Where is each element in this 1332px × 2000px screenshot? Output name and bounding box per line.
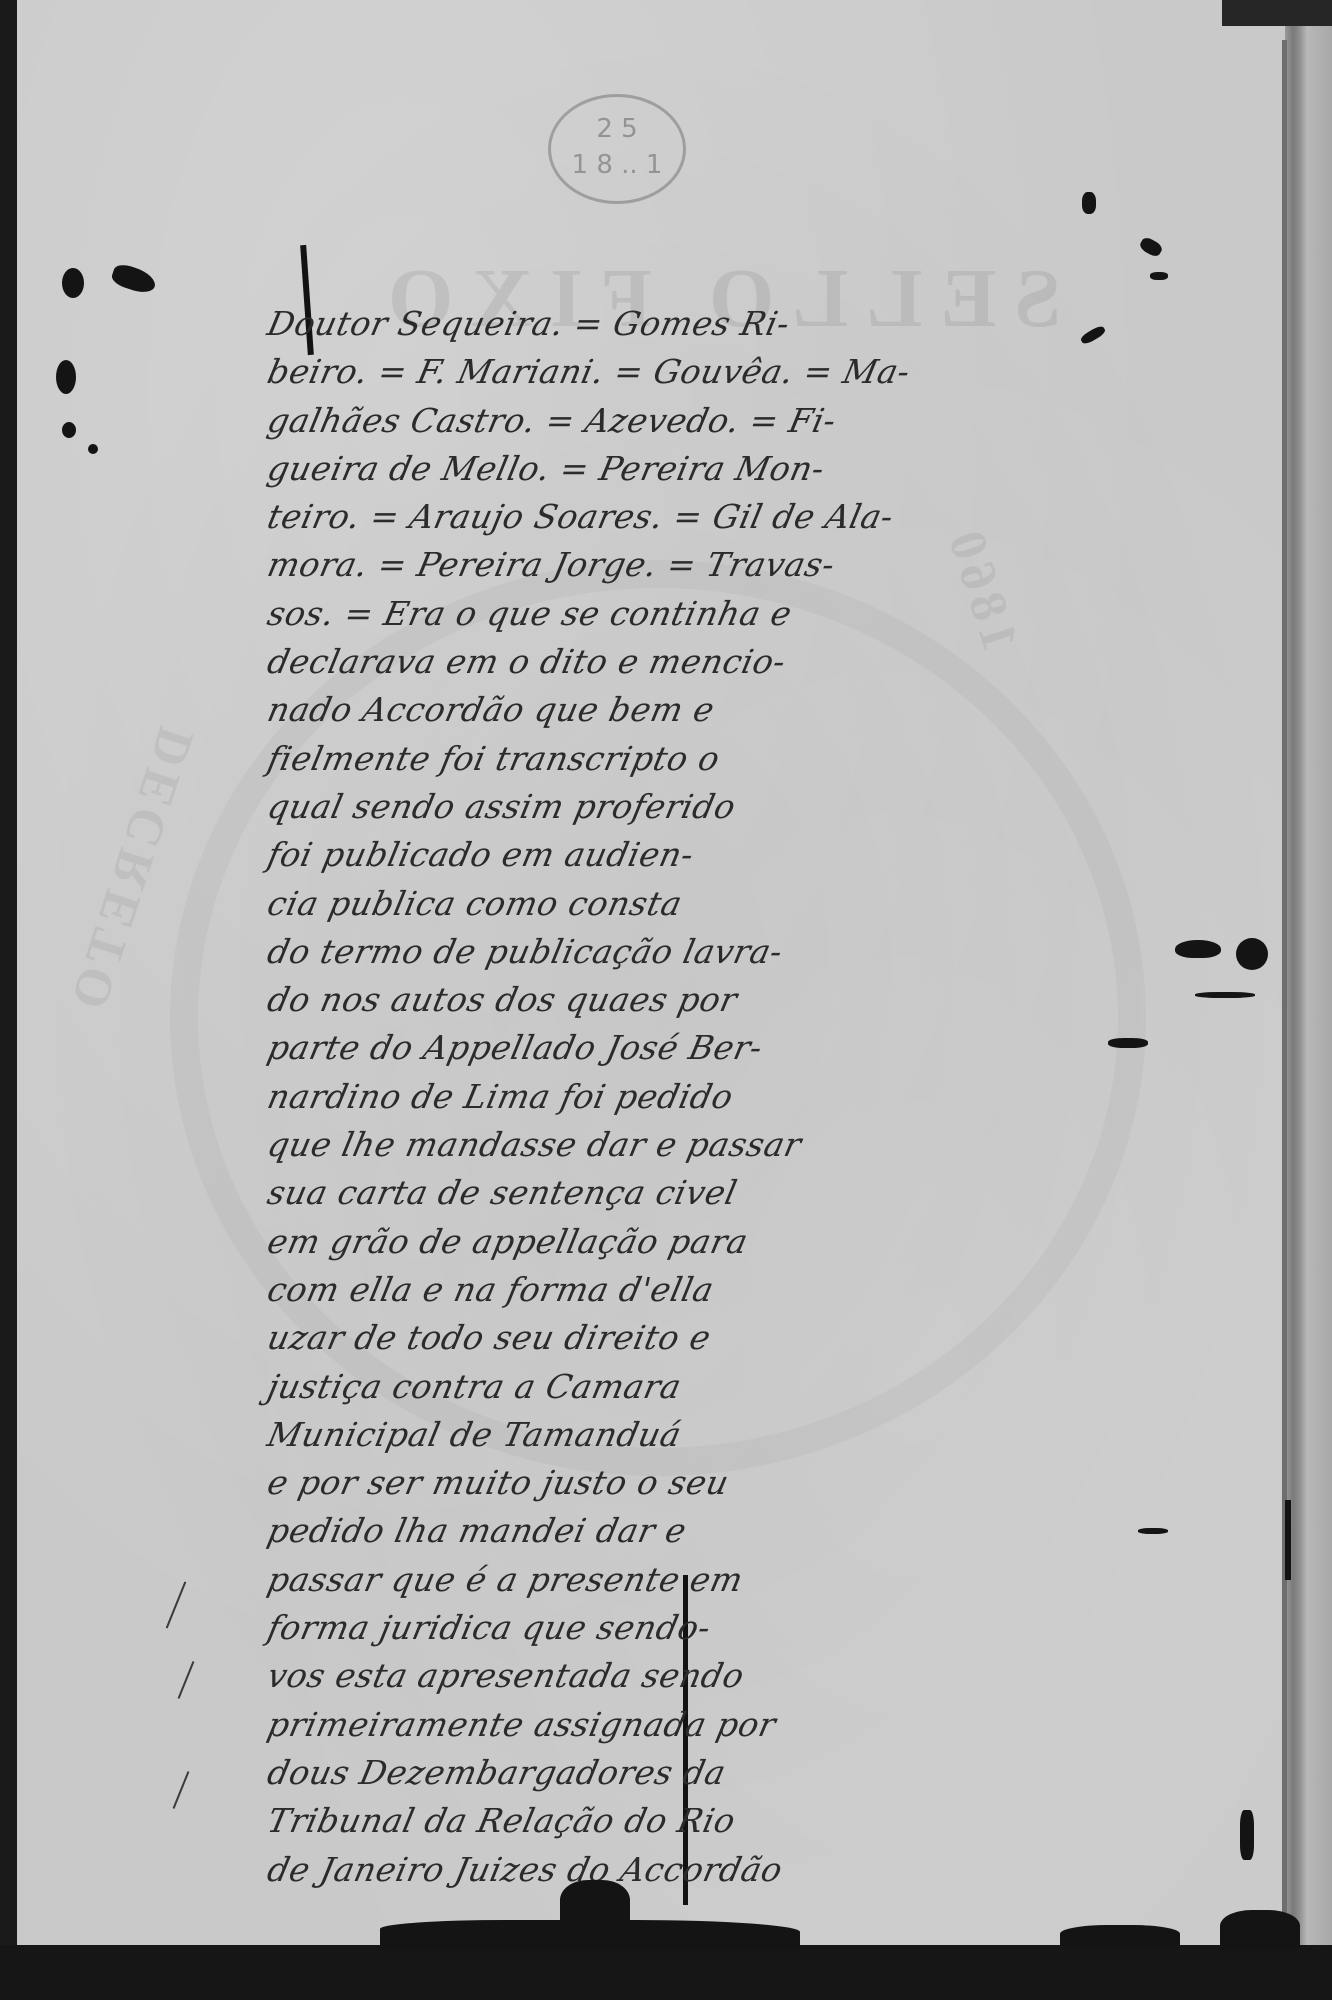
ink-blot [1195, 992, 1255, 998]
manuscript-line: sos. = Era o que se continha e [263, 590, 1113, 638]
manuscript-line: mora. = Pereira Jorge. = Travas- [263, 541, 1113, 589]
manuscript-line: e por ser muito justo o seu [263, 1459, 1113, 1507]
manuscript-line: qual sendo assim proferido [263, 783, 1113, 831]
manuscript-line: de Janeiro Juizes do Accordão [263, 1846, 1113, 1894]
manuscript-line: primeiramente assignada por [263, 1701, 1113, 1749]
ink-blot [1240, 1810, 1254, 1860]
ink-blot [62, 422, 76, 438]
ink-blot [56, 360, 76, 394]
manuscript-line: do nos autos dos quaes por [263, 976, 1113, 1024]
manuscript-line: uzar de todo seu direito e [263, 1314, 1113, 1362]
ink-blot [62, 268, 84, 298]
torn-bottom-edge [1060, 1925, 1180, 1947]
paper-tear [1285, 1500, 1291, 1580]
manuscript-line: justiça contra a Camara [263, 1363, 1113, 1411]
stamp-line-1: 2 5 [551, 111, 683, 147]
manuscript-line: fielmente foi transcripto o [263, 735, 1113, 783]
manuscript-line: passar que é a presente em [263, 1556, 1113, 1604]
manuscript-line: que lhe mandasse dar e passar [263, 1121, 1113, 1169]
manuscript-line: sua carta de sentença civel [263, 1169, 1113, 1217]
ink-blot [1138, 1528, 1168, 1534]
postal-stamp: 2 5 1 8 .. 1 [548, 94, 686, 204]
manuscript-line: galhães Castro. = Azevedo. = Fi- [263, 397, 1113, 445]
manuscript-text: Doutor Sequeira. = Gomes Ri- beiro. = F.… [268, 300, 1108, 1894]
fold-line [1282, 40, 1287, 1920]
manuscript-line: nardino de Lima foi pedido [263, 1073, 1113, 1121]
scan-top-edge [1222, 0, 1332, 26]
manuscript-line: vos esta apresentada sendo [263, 1652, 1113, 1700]
manuscript-line: pedido lha mandei dar e [263, 1507, 1113, 1555]
manuscript-line: cia publica como consta [263, 880, 1113, 928]
manuscript-line: Doutor Sequeira. = Gomes Ri- [263, 300, 1113, 348]
ink-blot [1108, 1038, 1148, 1048]
ink-blot [1175, 940, 1221, 958]
manuscript-line: gueira de Mello. = Pereira Mon- [263, 445, 1113, 493]
ink-blot [1150, 272, 1168, 280]
manuscript-line: nado Accordão que bem e [263, 686, 1113, 734]
ink-blot [1082, 192, 1096, 214]
manuscript-line: forma juridica que sendo- [263, 1604, 1113, 1652]
manuscript-line: dous Dezembargadores da [263, 1749, 1113, 1797]
manuscript-line: com ella e na forma d'ella [263, 1266, 1113, 1314]
binding-strip [1285, 26, 1332, 2000]
manuscript-line: parte do Appellado José Ber- [263, 1024, 1113, 1072]
ink-blot [1236, 938, 1268, 970]
torn-bottom-edge [560, 1880, 630, 1930]
manuscript-line: teiro. = Araujo Soares. = Gil de Ala- [263, 493, 1113, 541]
torn-bottom-edge [1220, 1910, 1300, 1950]
manuscript-line: declarava em o dito e mencio- [263, 638, 1113, 686]
manuscript-line: em grão de appellação para [263, 1218, 1113, 1266]
manuscript-line: Tribunal da Relação do Rio [263, 1797, 1113, 1845]
manuscript-line: foi publicado em audien- [263, 831, 1113, 879]
ink-blot [88, 444, 98, 454]
manuscript-line: beiro. = F. Mariani. = Gouvêa. = Ma- [263, 348, 1113, 396]
manuscript-line: do termo de publicação lavra- [263, 928, 1113, 976]
manuscript-line: Municipal de Tamanduá [263, 1411, 1113, 1459]
scan-left-edge [0, 0, 17, 2000]
stamp-line-2: 1 8 .. 1 [551, 147, 683, 183]
scan-bottom-edge [0, 1945, 1332, 2000]
